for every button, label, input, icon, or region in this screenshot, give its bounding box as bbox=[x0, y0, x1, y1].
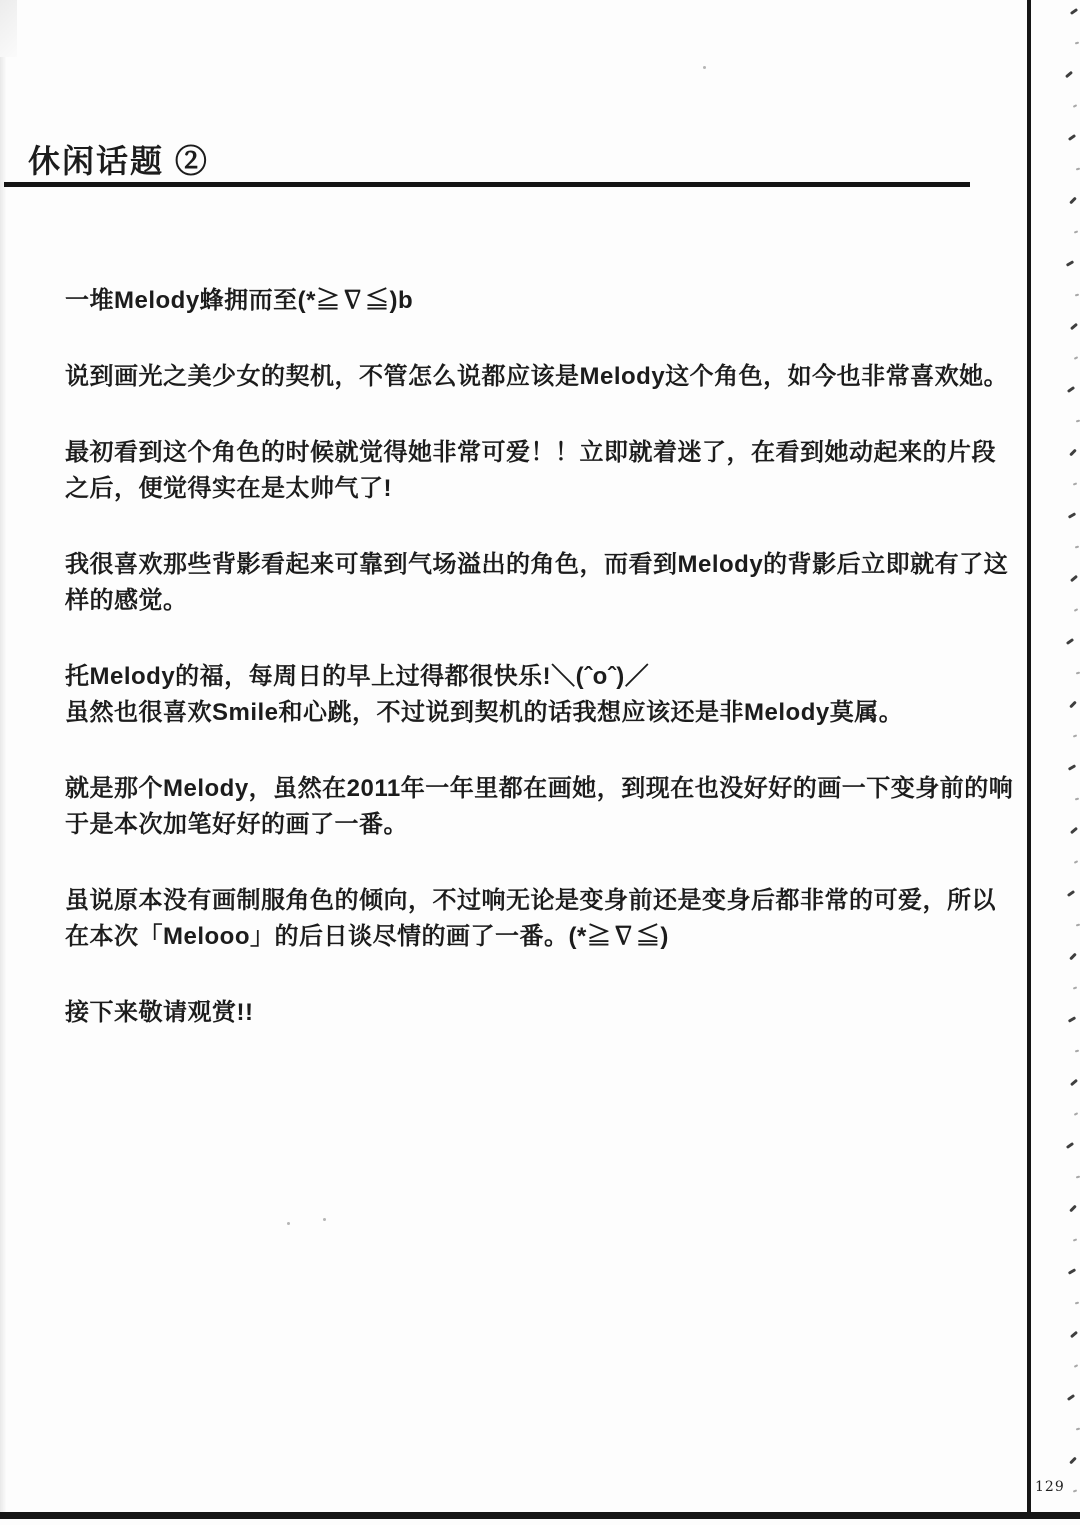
body-text: 一堆Melody蜂拥而至(*≧∇≦)b说到画光之美少女的契机，不管怎么说都应该是… bbox=[65, 283, 970, 1071]
scan-speck bbox=[1073, 482, 1077, 485]
scan-speck bbox=[1076, 1176, 1080, 1179]
page-bottom-border bbox=[0, 1512, 1080, 1519]
text-line: 托Melody的福，每周日的早上过得都很快乐!＼(ˆoˆ)／ bbox=[65, 659, 970, 695]
text-line: 样的感觉。 bbox=[65, 583, 970, 619]
scan-speck bbox=[1069, 701, 1077, 709]
scan-speck bbox=[1074, 608, 1078, 612]
scan-speck bbox=[1069, 1205, 1077, 1213]
scan-speck bbox=[1073, 1489, 1077, 1492]
scan-speck bbox=[1074, 1112, 1078, 1116]
scan-speck bbox=[1070, 8, 1078, 15]
scan-speck bbox=[1066, 260, 1074, 267]
scan-speck bbox=[1070, 1079, 1078, 1086]
scan-speck bbox=[1074, 860, 1078, 864]
scan-speck bbox=[1069, 953, 1077, 961]
scan-speck bbox=[1076, 420, 1080, 423]
scan-speck bbox=[1066, 1142, 1074, 1149]
scan-speck bbox=[1068, 134, 1076, 141]
text-line: 就是那个Melody，虽然在2011年一年里都在画她，到现在也没好好的画一下变身… bbox=[65, 771, 970, 807]
page-title: 休闲话题 ② bbox=[28, 141, 209, 181]
text-line: 虽说原本没有画制服角色的倾向，不过响无论是变身前还是变身后都非常的可爱，所以 bbox=[65, 883, 970, 919]
scan-speck bbox=[1068, 764, 1076, 771]
scan-speck bbox=[1075, 42, 1079, 45]
paragraph: 接下来敬请观赏!! bbox=[65, 995, 970, 1031]
text-line: 接下来敬请观赏!! bbox=[65, 995, 970, 1031]
scan-speck bbox=[1073, 734, 1077, 737]
text-line: 虽然也很喜欢Smile和心跳，不过说到契机的话我想应该还是非Melody莫属。 bbox=[65, 695, 970, 731]
text-line: 最初看到这个角色的时候就觉得她非常可爱！！立即就着迷了，在看到她动起来的片段 bbox=[65, 435, 970, 471]
scan-speck bbox=[1066, 638, 1074, 645]
paragraph: 托Melody的福，每周日的早上过得都很快乐!＼(ˆoˆ)／虽然也很喜欢Smil… bbox=[65, 659, 970, 731]
scan-speck bbox=[1065, 71, 1073, 78]
paragraph: 最初看到这个角色的时候就觉得她非常可爱！！立即就着迷了，在看到她动起来的片段之后… bbox=[65, 435, 970, 507]
scan-speck bbox=[1070, 827, 1078, 834]
scan-speck bbox=[1070, 575, 1078, 582]
scan-speck bbox=[1073, 1238, 1077, 1241]
scan-speck bbox=[1076, 1428, 1080, 1431]
scan-speck bbox=[1067, 1394, 1075, 1401]
text-line: 一堆Melody蜂拥而至(*≧∇≦)b bbox=[65, 283, 970, 319]
scan-speck bbox=[1070, 323, 1078, 330]
scan-speck bbox=[1075, 1050, 1079, 1053]
scan-corner-shade bbox=[0, 0, 17, 57]
scan-speck bbox=[1076, 168, 1080, 171]
scan-speck bbox=[1076, 924, 1080, 927]
scan-speck bbox=[1076, 672, 1080, 675]
scan-speck bbox=[1073, 104, 1077, 108]
scan-speck bbox=[1075, 798, 1079, 801]
text-line: 说到画光之美少女的契机，不管怎么说都应该是Melody这个角色，如今也非常喜欢她… bbox=[65, 359, 970, 395]
text-line: 之后，便觉得实在是太帅气了! bbox=[65, 471, 970, 507]
scan-speck bbox=[1074, 230, 1078, 233]
paragraph: 说到画光之美少女的契机，不管怎么说都应该是Melody这个角色，如今也非常喜欢她… bbox=[65, 359, 970, 395]
paragraph: 虽说原本没有画制服角色的倾向，不过响无论是变身前还是变身后都非常的可爱，所以在本… bbox=[65, 883, 970, 955]
scan-speck bbox=[1074, 356, 1078, 360]
paragraph: 一堆Melody蜂拥而至(*≧∇≦)b bbox=[65, 283, 970, 319]
paragraph: 我很喜欢那些背影看起来可靠到气场溢出的角色，而看到Melody的背影后立即就有了… bbox=[65, 547, 970, 619]
scan-speck bbox=[1068, 1268, 1076, 1275]
scan-dot bbox=[703, 66, 706, 69]
text-line: 在本次「Melooo」的后日谈尽情的画了一番。(*≧∇≦) bbox=[65, 919, 970, 955]
title-divider bbox=[4, 182, 970, 187]
text-line: 于是本次加笔好好的画了一番。 bbox=[65, 807, 970, 843]
scan-speck bbox=[1075, 1302, 1079, 1305]
page-right-border bbox=[1027, 0, 1031, 1518]
text-line: 我很喜欢那些背影看起来可靠到气场溢出的角色，而看到Melody的背影后立即就有了… bbox=[65, 547, 970, 583]
scan-left-edge bbox=[0, 0, 6, 1512]
scan-speck bbox=[1069, 1457, 1077, 1465]
scan-speck bbox=[1070, 1331, 1078, 1338]
paragraph: 就是那个Melody，虽然在2011年一年里都在画她，到现在也没好好的画一下变身… bbox=[65, 771, 970, 843]
scan-speck bbox=[1069, 197, 1077, 205]
scan-speck bbox=[1075, 294, 1079, 297]
scan-speck bbox=[1068, 512, 1076, 519]
scanned-document-page: 休闲话题 ② 一堆Melody蜂拥而至(*≧∇≦)b说到画光之美少女的契机，不管… bbox=[0, 0, 1080, 1525]
scan-speck bbox=[1075, 546, 1079, 549]
scan-speck bbox=[1067, 386, 1075, 393]
scan-dot bbox=[323, 1218, 326, 1221]
scan-speck bbox=[1074, 1364, 1078, 1368]
scan-speck bbox=[1073, 986, 1077, 989]
page-number: 129 bbox=[1035, 1479, 1065, 1495]
scan-dot bbox=[287, 1222, 290, 1225]
scan-speck bbox=[1068, 1016, 1076, 1023]
scan-speck bbox=[1067, 890, 1075, 897]
scan-speck bbox=[1069, 449, 1077, 457]
